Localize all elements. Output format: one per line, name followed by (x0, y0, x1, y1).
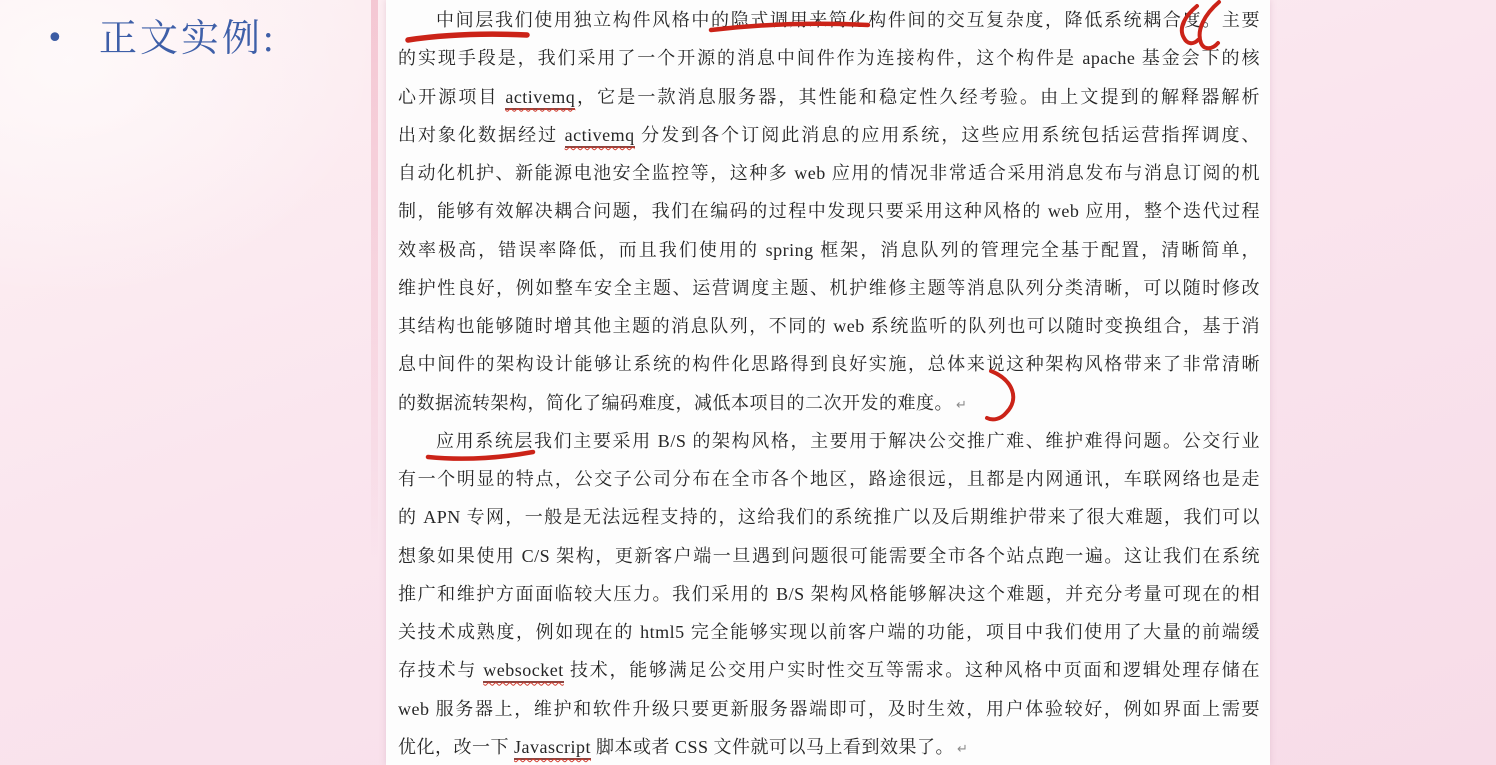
text-line: 有一个明显的特点，公交子公司分布在全市各个地区，路途很远，且都是内网通讯，车联网… (398, 460, 1260, 498)
text-line: 效率极高，错误率降低，而且我们使用的 spring 框架，消息队列的管理完全基于… (398, 231, 1260, 269)
video-artifact-streak (371, 0, 378, 560)
text-line: 出对象化数据经过 activemq 分发到各个订阅此消息的应用系统，这些应用系统… (398, 116, 1260, 154)
text-line: 其结构也能够随时增其他主题的消息队列，不同的 web 系统监听的队列也可以随时变… (398, 307, 1260, 345)
text-run: 其结构也能够随时增其他主题的消息队列，不同的 web 系统监听的队列也可以随时变… (398, 316, 1260, 336)
text-line: 想象如果使用 C/S 架构，更新客户端一旦遇到问题很可能需要全市各个站点跑一遍。… (398, 537, 1260, 575)
text-run: 自动化机护、新能源电池安全监控等，这种多 web 应用的情况非常适合采用消息发布… (398, 163, 1260, 183)
text-line: 维护性良好，例如整车安全主题、运营调度主题、机护维修主题等消息队列分类清晰，可以… (398, 269, 1260, 307)
document-panel: 中间层我们使用独立构件风格中的隐式调用来简化构件间的交互复杂度，降低系统耦合度。… (386, 0, 1270, 765)
bullet-dot: • (46, 24, 64, 54)
text-line: 的实现手段是，我们采用了一个开源的消息中间件作为连接构件，这个构件是 apach… (398, 39, 1260, 77)
slide-title: 正文实例: (99, 17, 277, 61)
text-line: 关技术成熟度，例如现在的 html5 完全能够实现以前客户端的功能，项目中我们使… (398, 613, 1260, 651)
paragraph-mark: ↵ (957, 742, 968, 757)
slide-page: • 正文实例: 中间层我们使用独立构件风格中的隐式调用来简化构件间的交互复杂度，… (0, 0, 1496, 765)
spellcheck-word: Javascript (514, 737, 591, 760)
text-run: 关技术成熟度，例如现在的 html5 完全能够实现以前客户端的功能，项目中我们使… (398, 622, 1260, 642)
text-run: 息中间件的架构设计能够让系统的构件化思路得到良好实施，总体来说这种架构风格带来了… (398, 354, 1260, 374)
text-run: 有一个明显的特点，公交子公司分布在全市各个地区，路途很远，且都是内网通讯，车联网… (398, 469, 1260, 489)
text-line: 存技术与 websocket 技术，能够满足公交用户实时性交互等需求。这种风格中… (398, 651, 1260, 689)
text-run: web 服务器上，维护和软件升级只要更新服务器端即可，及时生效，用户体验较好，例… (398, 699, 1260, 719)
text-line: 推广和维护方面面临较大压力。我们采用的 B/S 架构风格能够解决这个难题，并充分… (398, 575, 1260, 613)
text-line: 应用系统层我们主要采用 B/S 的架构风格，主要用于解决公交推广难、维护难得问题… (398, 422, 1260, 460)
text-run: 优化，改一下 (398, 737, 514, 757)
text-line: 的数据流转架构，简化了编码难度，减低本项目的二次开发的难度。↵ (398, 384, 1260, 422)
text-run: 的实现手段是，我们采用了一个开源的消息中间件作为连接构件，这个构件是 apach… (398, 48, 1260, 68)
text-line: 自动化机护、新能源电池安全监控等，这种多 web 应用的情况非常适合采用消息发布… (398, 154, 1260, 192)
text-line: 息中间件的架构设计能够让系统的构件化思路得到良好实施，总体来说这种架构风格带来了… (398, 345, 1260, 383)
text-run: 技术，能够满足公交用户实时性交互等需求。这种风格中页面和逻辑处理存储在 (564, 660, 1260, 680)
text-line: 的 APN 专网，一般是无法远程支持的，这给我们的系统推广以及后期维护带来了很大… (398, 498, 1260, 536)
text-run: 中间层我们使用独立构件风格中的隐式调用来简化构件间的交互复杂度，降低系统耦合度。… (436, 10, 1260, 30)
text-run: 的数据流转架构，简化了编码难度，减低本项目的二次开发的难度。 (398, 393, 953, 413)
document-text: 中间层我们使用独立构件风格中的隐式调用来简化构件间的交互复杂度，降低系统耦合度。… (386, 0, 1270, 765)
text-run: 制，能够有效解决耦合问题，我们在编码的过程中发现只要采用这种风格的 web 应用… (398, 201, 1260, 221)
text-run: 脚本或者 CSS 文件就可以马上看到效果了。 (591, 737, 954, 757)
text-run: 效率极高，错误率降低，而且我们使用的 spring 框架，消息队列的管理完全基于… (398, 240, 1260, 260)
spellcheck-word: activemq (565, 125, 635, 148)
text-line: 优化，改一下 Javascript 脚本或者 CSS 文件就可以马上看到效果了。… (398, 728, 1260, 765)
text-run: 的 APN 专网，一般是无法远程支持的，这给我们的系统推广以及后期维护带来了很大… (398, 507, 1260, 527)
text-run: 分发到各个订阅此消息的应用系统，这些应用系统包括运营指挥调度、 (635, 125, 1260, 145)
text-line: 制，能够有效解决耦合问题，我们在编码的过程中发现只要采用这种风格的 web 应用… (398, 192, 1260, 230)
spellcheck-word: websocket (483, 660, 563, 683)
text-run: 心开源项目 (398, 87, 505, 107)
text-run: 出对象化数据经过 (398, 125, 565, 145)
text-run: 推广和维护方面面临较大压力。我们采用的 B/S 架构风格能够解决这个难题，并充分… (398, 584, 1260, 604)
text-run: 想象如果使用 C/S 架构，更新客户端一旦遇到问题很可能需要全市各个站点跑一遍。… (398, 546, 1260, 566)
text-run: 存技术与 (398, 660, 483, 680)
text-line: web 服务器上，维护和软件升级只要更新服务器端即可，及时生效，用户体验较好，例… (398, 690, 1260, 728)
text-run: 应用系统层我们主要采用 B/S 的架构风格，主要用于解决公交推广难、维护难得问题… (436, 431, 1260, 451)
paragraph-mark: ↵ (956, 398, 967, 413)
text-line: 中间层我们使用独立构件风格中的隐式调用来简化构件间的交互复杂度，降低系统耦合度。… (398, 1, 1260, 39)
text-run: ，它是一款消息服务器，其性能和稳定性久经考验。由上文提到的解释器解析 (575, 87, 1260, 107)
text-line: 心开源项目 activemq，它是一款消息服务器，其性能和稳定性久经考验。由上文… (398, 78, 1260, 116)
spellcheck-word: activemq (505, 87, 575, 110)
text-run: 维护性良好，例如整车安全主题、运营调度主题、机护维修主题等消息队列分类清晰，可以… (398, 278, 1260, 298)
